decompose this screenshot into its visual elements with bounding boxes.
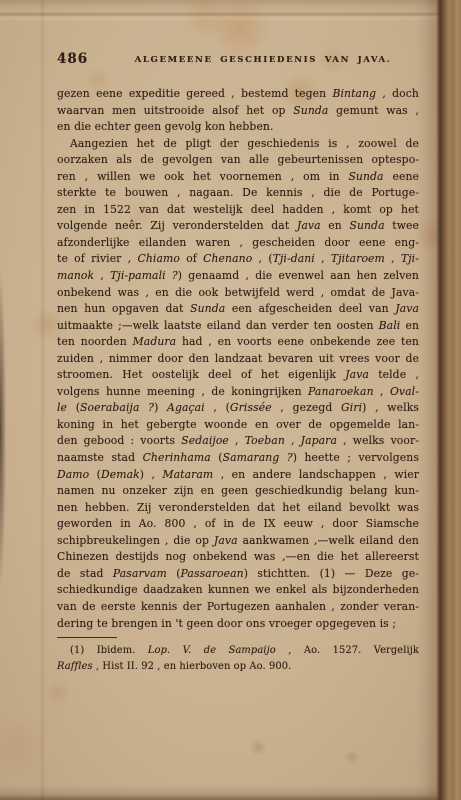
text-line: koning in het gebergte woonde en over de… [57,417,419,434]
text-line: afzonderlijke eilanden waren , gescheide… [57,235,419,252]
text-line: ten noorden Madura had , en voorts eene … [57,334,419,351]
footnote-rule [57,637,117,638]
text-line: Aangezien het de pligt der geschiedenis … [57,136,419,153]
text-line: dering te brengen in 't geen door ons vr… [57,616,419,633]
text-line: Raffles , Hist II. 92 , en hierboven op … [57,659,419,675]
text-line: manok , Tji-pamali ?) genaamd , die even… [57,268,419,285]
text-line: onbekend was , en die ook betwijfeld wer… [57,285,419,302]
text-line: sterkte te bouwen , nagaan. De kennis , … [57,185,419,202]
text-line: (1) Ibidem. Lop. V. de Sampaijo , Ao. 15… [57,643,419,659]
text-line: Chinezen destijds nog onbekend was ,—en … [57,549,419,566]
text-line: te of rivier , Chiamo of Chenano , (Tji-… [57,251,419,268]
text-line: stroomen. Het oostelijk deel of het eige… [57,367,419,384]
text-line: volgens hunne meening , de koningrijken … [57,384,419,401]
text-line: zen in 1522 van dat westelijk deel hadde… [57,202,419,219]
body-text: gezen eene expeditie gereed , bestemd te… [57,86,419,632]
text-line: de stad Pasarvam (Passaroean) stichtten.… [57,566,419,583]
text-line: namen nu onzeker zijn en geen geschiedku… [57,483,419,500]
scanned-book-page: 486 ALGEMEENE GESCHIEDENIS VAN JAVA. gez… [0,0,461,800]
page-number: 486 [57,51,88,67]
footnote-text: (1) Ibidem. Lop. V. de Sampaijo , Ao. 15… [57,643,419,675]
book-page-edge [415,0,461,800]
text-line: zuiden , nimmer door den landzaat bevare… [57,351,419,368]
text-line: Damo (Demak) , Mataram , en andere lands… [57,467,419,484]
text-line: volgende neêr. Zij veronderstelden dat J… [57,218,419,235]
text-line: waarvan men uitstrooide alsof het op Sun… [57,103,419,120]
text-line: schiedkundige daadzaken kunnen we enkel … [57,582,419,599]
running-title: ALGEMEENE GESCHIEDENIS VAN JAVA. [107,55,419,65]
page-header: 486 ALGEMEENE GESCHIEDENIS VAN JAVA. [57,53,419,69]
text-line: van de eerste kennis der Portugezen aanh… [57,599,419,616]
text-line: uitmaakte ;—welk laatste eiland dan verd… [57,318,419,335]
text-line: schipbreukelingen , die op Java aankwame… [57,533,419,550]
text-line: le (Soerabaija ?) Agaçai , (Grissée , ge… [57,400,419,417]
text-line: den gebood : voorts Sedaijoe , Toeban , … [57,433,419,450]
text-line: gezen eene expeditie gereed , bestemd te… [57,86,419,103]
text-line: naamste stad Cherinhama (Samarang ?) hee… [57,450,419,467]
text-line: nen hebben. Zij veronderstelden dat het … [57,500,419,517]
text-line: en die echter geen gevolg kon hebben. [57,119,419,136]
text-line: nen hun opgaven dat Sunda een afgescheid… [57,301,419,318]
text-line: oorzaken als de gevolgen van alle gebeur… [57,152,419,169]
text-line: ren , willen we ook het voornemen , om i… [57,169,419,186]
text-line: geworden in Ao. 800 , of in de IX eeuw ,… [57,516,419,533]
